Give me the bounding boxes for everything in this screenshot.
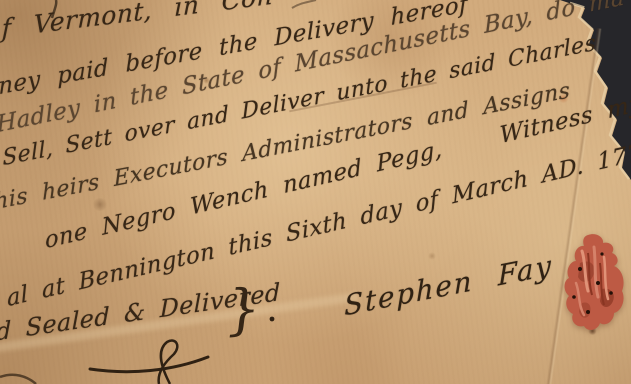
attestation-brace: } xyxy=(224,282,262,338)
stain-speck xyxy=(428,252,436,260)
pen-flourish xyxy=(90,357,208,372)
cropped-text-fragment xyxy=(292,0,316,8)
cropped-text-fragment xyxy=(0,375,36,384)
ink-smudge xyxy=(92,198,108,211)
signature: Stephen Fay xyxy=(344,251,553,320)
pen-flourish-loop xyxy=(159,341,178,384)
manuscript-photo: f Vermont, in Con ney paid before the De… xyxy=(0,0,631,384)
wax-seal xyxy=(558,233,626,333)
ink-dot xyxy=(270,317,275,322)
